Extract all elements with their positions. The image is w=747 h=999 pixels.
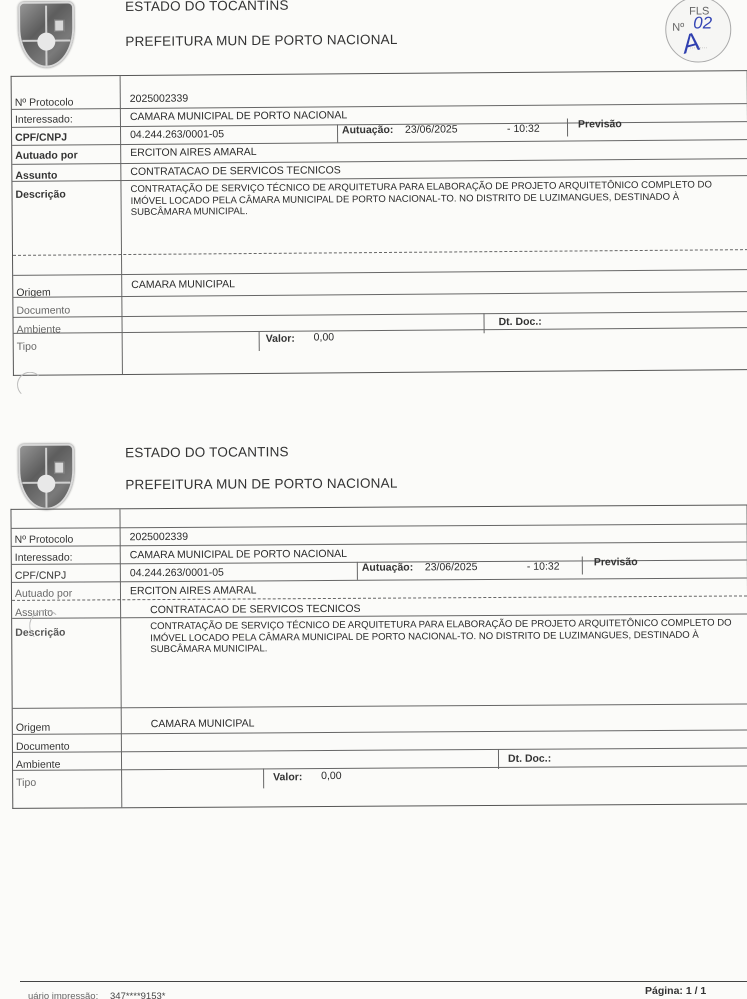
autuado-por-value: ERCITON AIRES AMARAL bbox=[130, 146, 257, 159]
autuacao-label: Autuação: bbox=[362, 561, 413, 573]
autuado-por-value: ERCITON AIRES AMARAL bbox=[130, 584, 257, 597]
origem-label: Origem bbox=[16, 722, 51, 734]
column-divider bbox=[120, 76, 123, 374]
assunto-value: CONTRATACAO DE SERVICOS TECNICOS bbox=[150, 603, 360, 616]
cpf-cnpj-value: 04.244.263/0001-05 bbox=[130, 128, 224, 141]
protocol-table: Nº Protocolo 2025002339 Interessado: CAM… bbox=[10, 504, 747, 808]
descricao-value: CONTRATAÇÃO DE SERVIÇO TÉCNICO DE ARQUIT… bbox=[150, 617, 745, 655]
protocol-table: Nº Protocolo 2025002339 Interessado: CAM… bbox=[11, 70, 747, 376]
valor-label: Valor: bbox=[266, 333, 295, 345]
valor-value: 0,00 bbox=[314, 331, 335, 343]
page-indicator: Página: 1 / 1 bbox=[645, 985, 706, 997]
autuacao-label: Autuação: bbox=[342, 124, 393, 136]
cpf-cnpj-value: 04.244.263/0001-05 bbox=[130, 567, 224, 580]
documento-label: Documento bbox=[16, 304, 70, 316]
dt-doc-label: Dt. Doc.: bbox=[508, 753, 551, 765]
municipal-crest-logo bbox=[18, 1, 75, 67]
assunto-value: CONTRATACAO DE SERVICOS TECNICOS bbox=[130, 164, 341, 178]
protocolo-label: Nº Protocolo bbox=[15, 534, 74, 546]
ambiente-label: Ambiente bbox=[17, 324, 61, 336]
municipality-title: PREFEITURA MUN DE PORTO NACIONAL bbox=[125, 32, 397, 49]
protocolo-value: 2025002339 bbox=[130, 93, 188, 105]
print-user-value: 347****9153* bbox=[110, 991, 165, 999]
autuacao-time: - 10:32 bbox=[527, 561, 560, 573]
stamp-rim-text: ········· bbox=[666, 45, 730, 52]
autuado-por-label: Autuado por bbox=[15, 149, 77, 161]
protocolo-value: 2025002339 bbox=[130, 531, 188, 543]
autuado-por-label: Autuado por bbox=[15, 588, 72, 600]
dt-doc-label: Dt. Doc.: bbox=[498, 316, 541, 328]
autuacao-date: 23/06/2025 bbox=[405, 123, 458, 135]
descricao-value: CONTRATAÇÃO DE SERVIÇO TÉCNICO DE ARQUIT… bbox=[130, 179, 740, 218]
protocolo-label: Nº Protocolo bbox=[15, 96, 74, 108]
cpf-cnpj-label: CPF/CNPJ bbox=[15, 131, 67, 143]
interessado-label: Interessado: bbox=[15, 552, 73, 564]
footer-rule bbox=[20, 981, 747, 982]
column-divider bbox=[119, 509, 122, 807]
state-title: ESTADO DO TOCANTINS bbox=[125, 444, 289, 460]
valor-label: Valor: bbox=[273, 771, 302, 783]
autuacao-time: - 10:32 bbox=[507, 123, 540, 135]
tipo-label: Tipo bbox=[17, 341, 37, 353]
interessado-label: Interessado: bbox=[15, 113, 73, 125]
state-title: ESTADO DO TOCANTINS bbox=[125, 0, 289, 14]
cpf-cnpj-label: CPF/CNPJ bbox=[15, 570, 66, 582]
previsao-label: Previsão bbox=[578, 118, 622, 130]
print-user-label: uário impressão: bbox=[28, 991, 98, 999]
tipo-label: Tipo bbox=[16, 777, 36, 789]
autuacao-date: 23/06/2025 bbox=[425, 561, 478, 573]
origem-value: CAMARA MUNICIPAL bbox=[151, 717, 255, 730]
municipality-title: PREFEITURA MUN DE PORTO NACIONAL bbox=[125, 476, 397, 493]
interessado-value: CAMARA MUNICIPAL DE PORTO NACIONAL bbox=[130, 109, 347, 123]
previsao-label: Previsão bbox=[594, 556, 638, 568]
descricao-label: Descrição bbox=[15, 188, 65, 200]
pen-mark bbox=[17, 372, 43, 398]
page-number-stamp: FLS Nº 02 A ········· bbox=[665, 0, 732, 63]
pen-mark bbox=[29, 610, 61, 642]
valor-value: 0,00 bbox=[321, 770, 342, 782]
interessado-value: CAMARA MUNICIPAL DE PORTO NACIONAL bbox=[130, 548, 347, 561]
protocol-slip-copy-2: ESTADO DO TOCANTINS PREFEITURA MUN DE PO… bbox=[0, 427, 747, 432]
origem-value: CAMARA MUNICIPAL bbox=[131, 278, 235, 291]
municipal-crest-logo bbox=[18, 444, 74, 510]
